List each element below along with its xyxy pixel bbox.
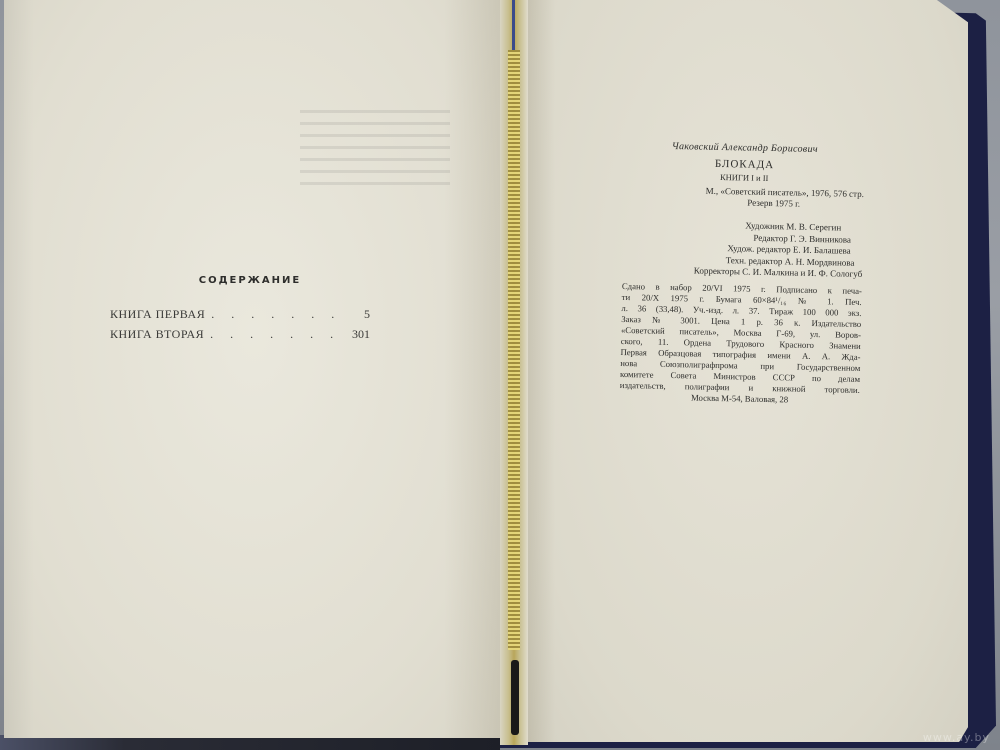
contents-entry: КНИГА ПЕРВАЯ . . . . . . . . 5: [110, 307, 370, 327]
book-photo: СОДЕРЖАНИЕ КНИГА ПЕРВАЯ . . . . . . . . …: [0, 0, 1000, 750]
watermark: www.ay.by: [923, 731, 990, 744]
entry-page: 301: [334, 327, 370, 342]
book-spine: [500, 0, 528, 745]
contents-entry: КНИГА ВТОРАЯ . . . . . . . . 301: [110, 327, 370, 347]
entry-page: 5: [334, 307, 370, 322]
entry-label: КНИГА ВТОРАЯ: [110, 327, 204, 342]
spine-stitching: [508, 50, 520, 650]
publisher-info: М., «Советский писатель», 1976, 576 стр.…: [624, 184, 864, 211]
imprint-block: Чаковский Александр Борисович БЛОКАДА КН…: [620, 140, 865, 406]
credits: Художник М. В. Серегин Редактор Г. Э. Ви…: [622, 218, 863, 281]
table-of-contents: СОДЕРЖАНИЕ КНИГА ПЕРВАЯ . . . . . . . . …: [110, 275, 370, 347]
leader-dots: . . . . . . . .: [205, 307, 334, 322]
print-details: Сдано в набор 20/VI 1975 г. Подписано к …: [620, 280, 862, 406]
contents-title: СОДЕРЖАНИЕ: [130, 275, 370, 286]
spine-thread: [512, 0, 515, 50]
publisher-line: М., «Советский писатель», 1976, 576 стр.: [706, 186, 864, 199]
entry-label: КНИГА ПЕРВАЯ: [110, 307, 205, 322]
bleed-through-text: [300, 110, 450, 190]
spine-gap: [511, 660, 519, 735]
leader-dots: . . . . . . . .: [204, 327, 334, 342]
